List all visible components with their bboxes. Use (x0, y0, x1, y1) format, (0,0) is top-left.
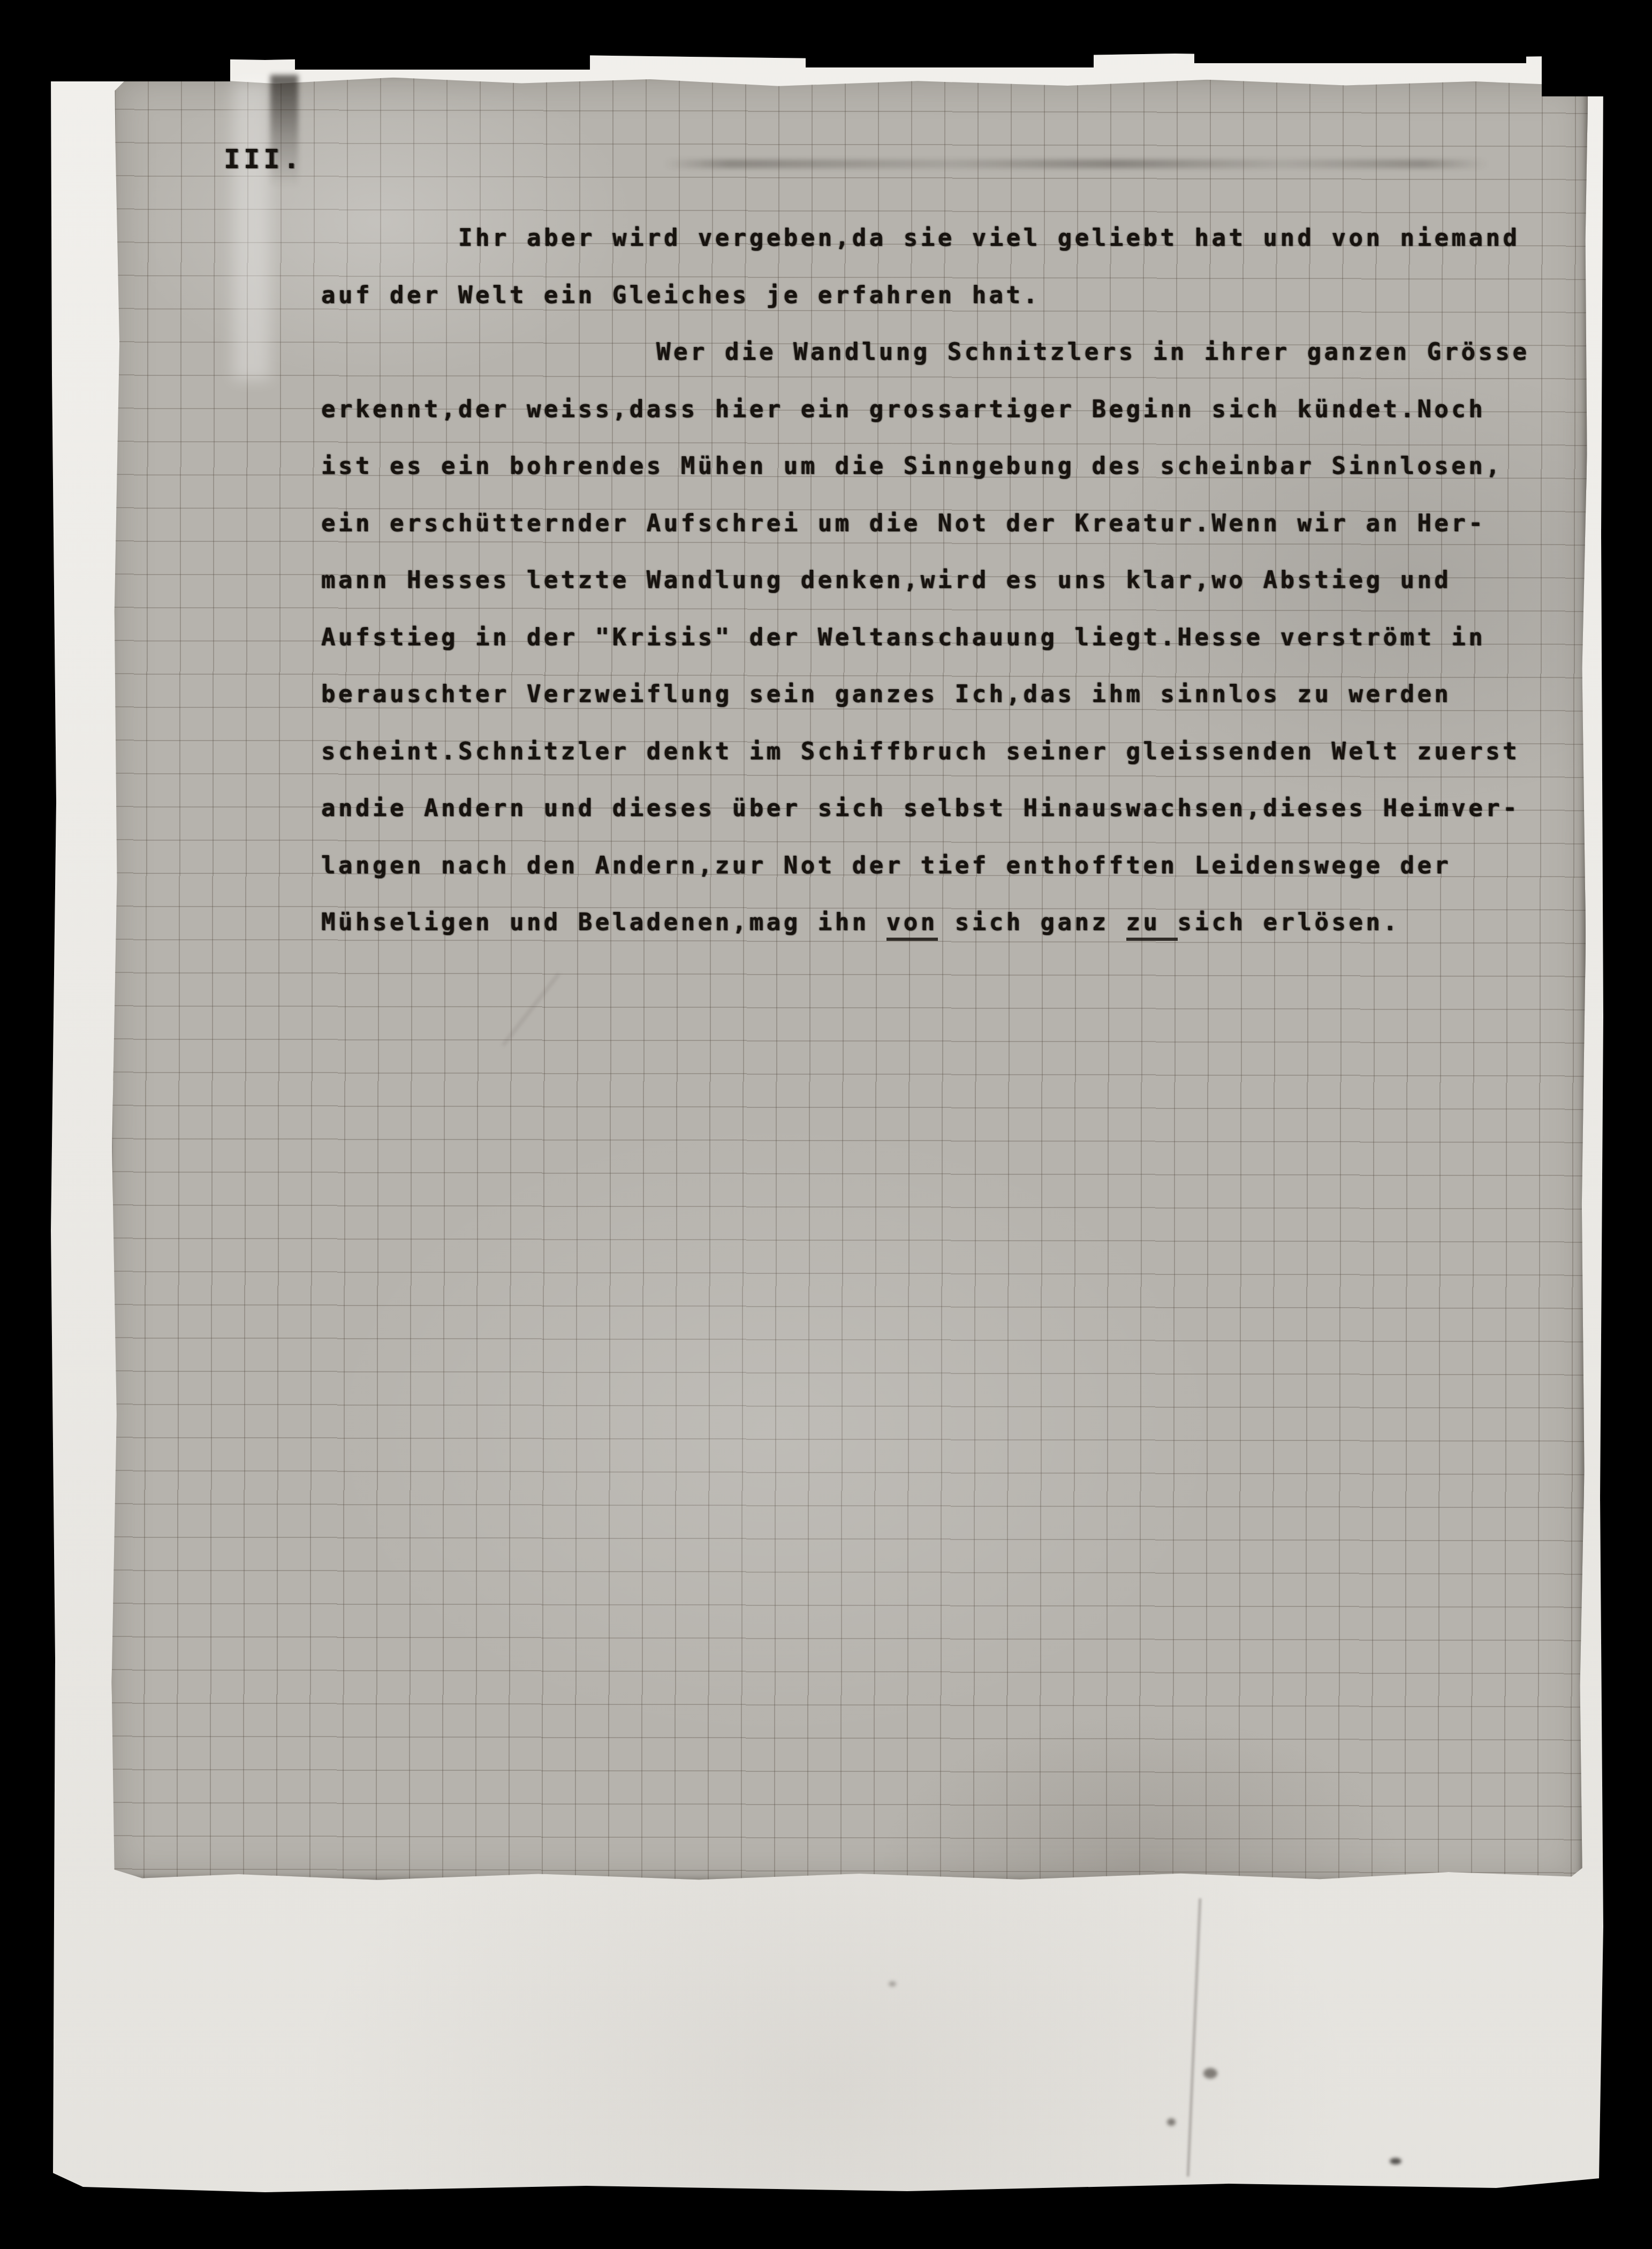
film-edge-notch (1194, 0, 1526, 63)
underlined-word: von (886, 909, 938, 941)
typed-segment: Mühseligen und Beladenen,mag ihn (321, 909, 886, 936)
typed-segment: sich ganz (938, 909, 1126, 936)
typewritten-text-block: Ihr aber wird vergeben,da sie viel gelie… (321, 210, 1563, 952)
typed-line: andie Andern und dieses über sich selbst… (321, 780, 1563, 837)
typed-line: Ihr aber wird vergeben,da sie viel gelie… (458, 210, 1563, 267)
film-edge-notch (1542, 0, 1652, 96)
typed-line: scheint.Schnitzler denkt im Schiffbruch … (321, 723, 1563, 781)
typed-segment: sich erlösen. (1178, 909, 1400, 936)
underlined-word: zu (1126, 909, 1178, 941)
typed-line: langen nach den Andern,zur Not der tief … (321, 837, 1563, 895)
film-edge-notch (295, 0, 590, 70)
typed-line: Wer die Wandlung Schnitzlers in ihrer ga… (656, 324, 1563, 381)
typed-line-with-underlines: Mühseligen und Beladenen,mag ihn von sic… (321, 894, 1563, 952)
film-edge-notch (0, 0, 230, 81)
typed-line: ist es ein bohrendes Mühen um die Sinnge… (321, 438, 1563, 495)
photographed-manuscript-scan: { "colors": { "background": "#000000", "… (0, 0, 1652, 2249)
typed-line: mann Hesses letzte Wandlung denken,wird … (321, 552, 1563, 609)
typed-line: berauschter Verzweiflung sein ganzes Ich… (321, 666, 1563, 723)
film-edge-notch (806, 0, 1094, 67)
typed-line: ein erschütternder Aufschrei um die Not … (321, 495, 1563, 553)
page-number: III. (224, 144, 303, 175)
typed-line: auf der Welt ein Gleiches je erfahren ha… (321, 267, 1563, 324)
typed-line: erkennt,der weiss,dass hier ein grossart… (321, 381, 1563, 439)
typed-line: Aufstieg in der "Krisis" der Weltanschau… (321, 609, 1563, 667)
